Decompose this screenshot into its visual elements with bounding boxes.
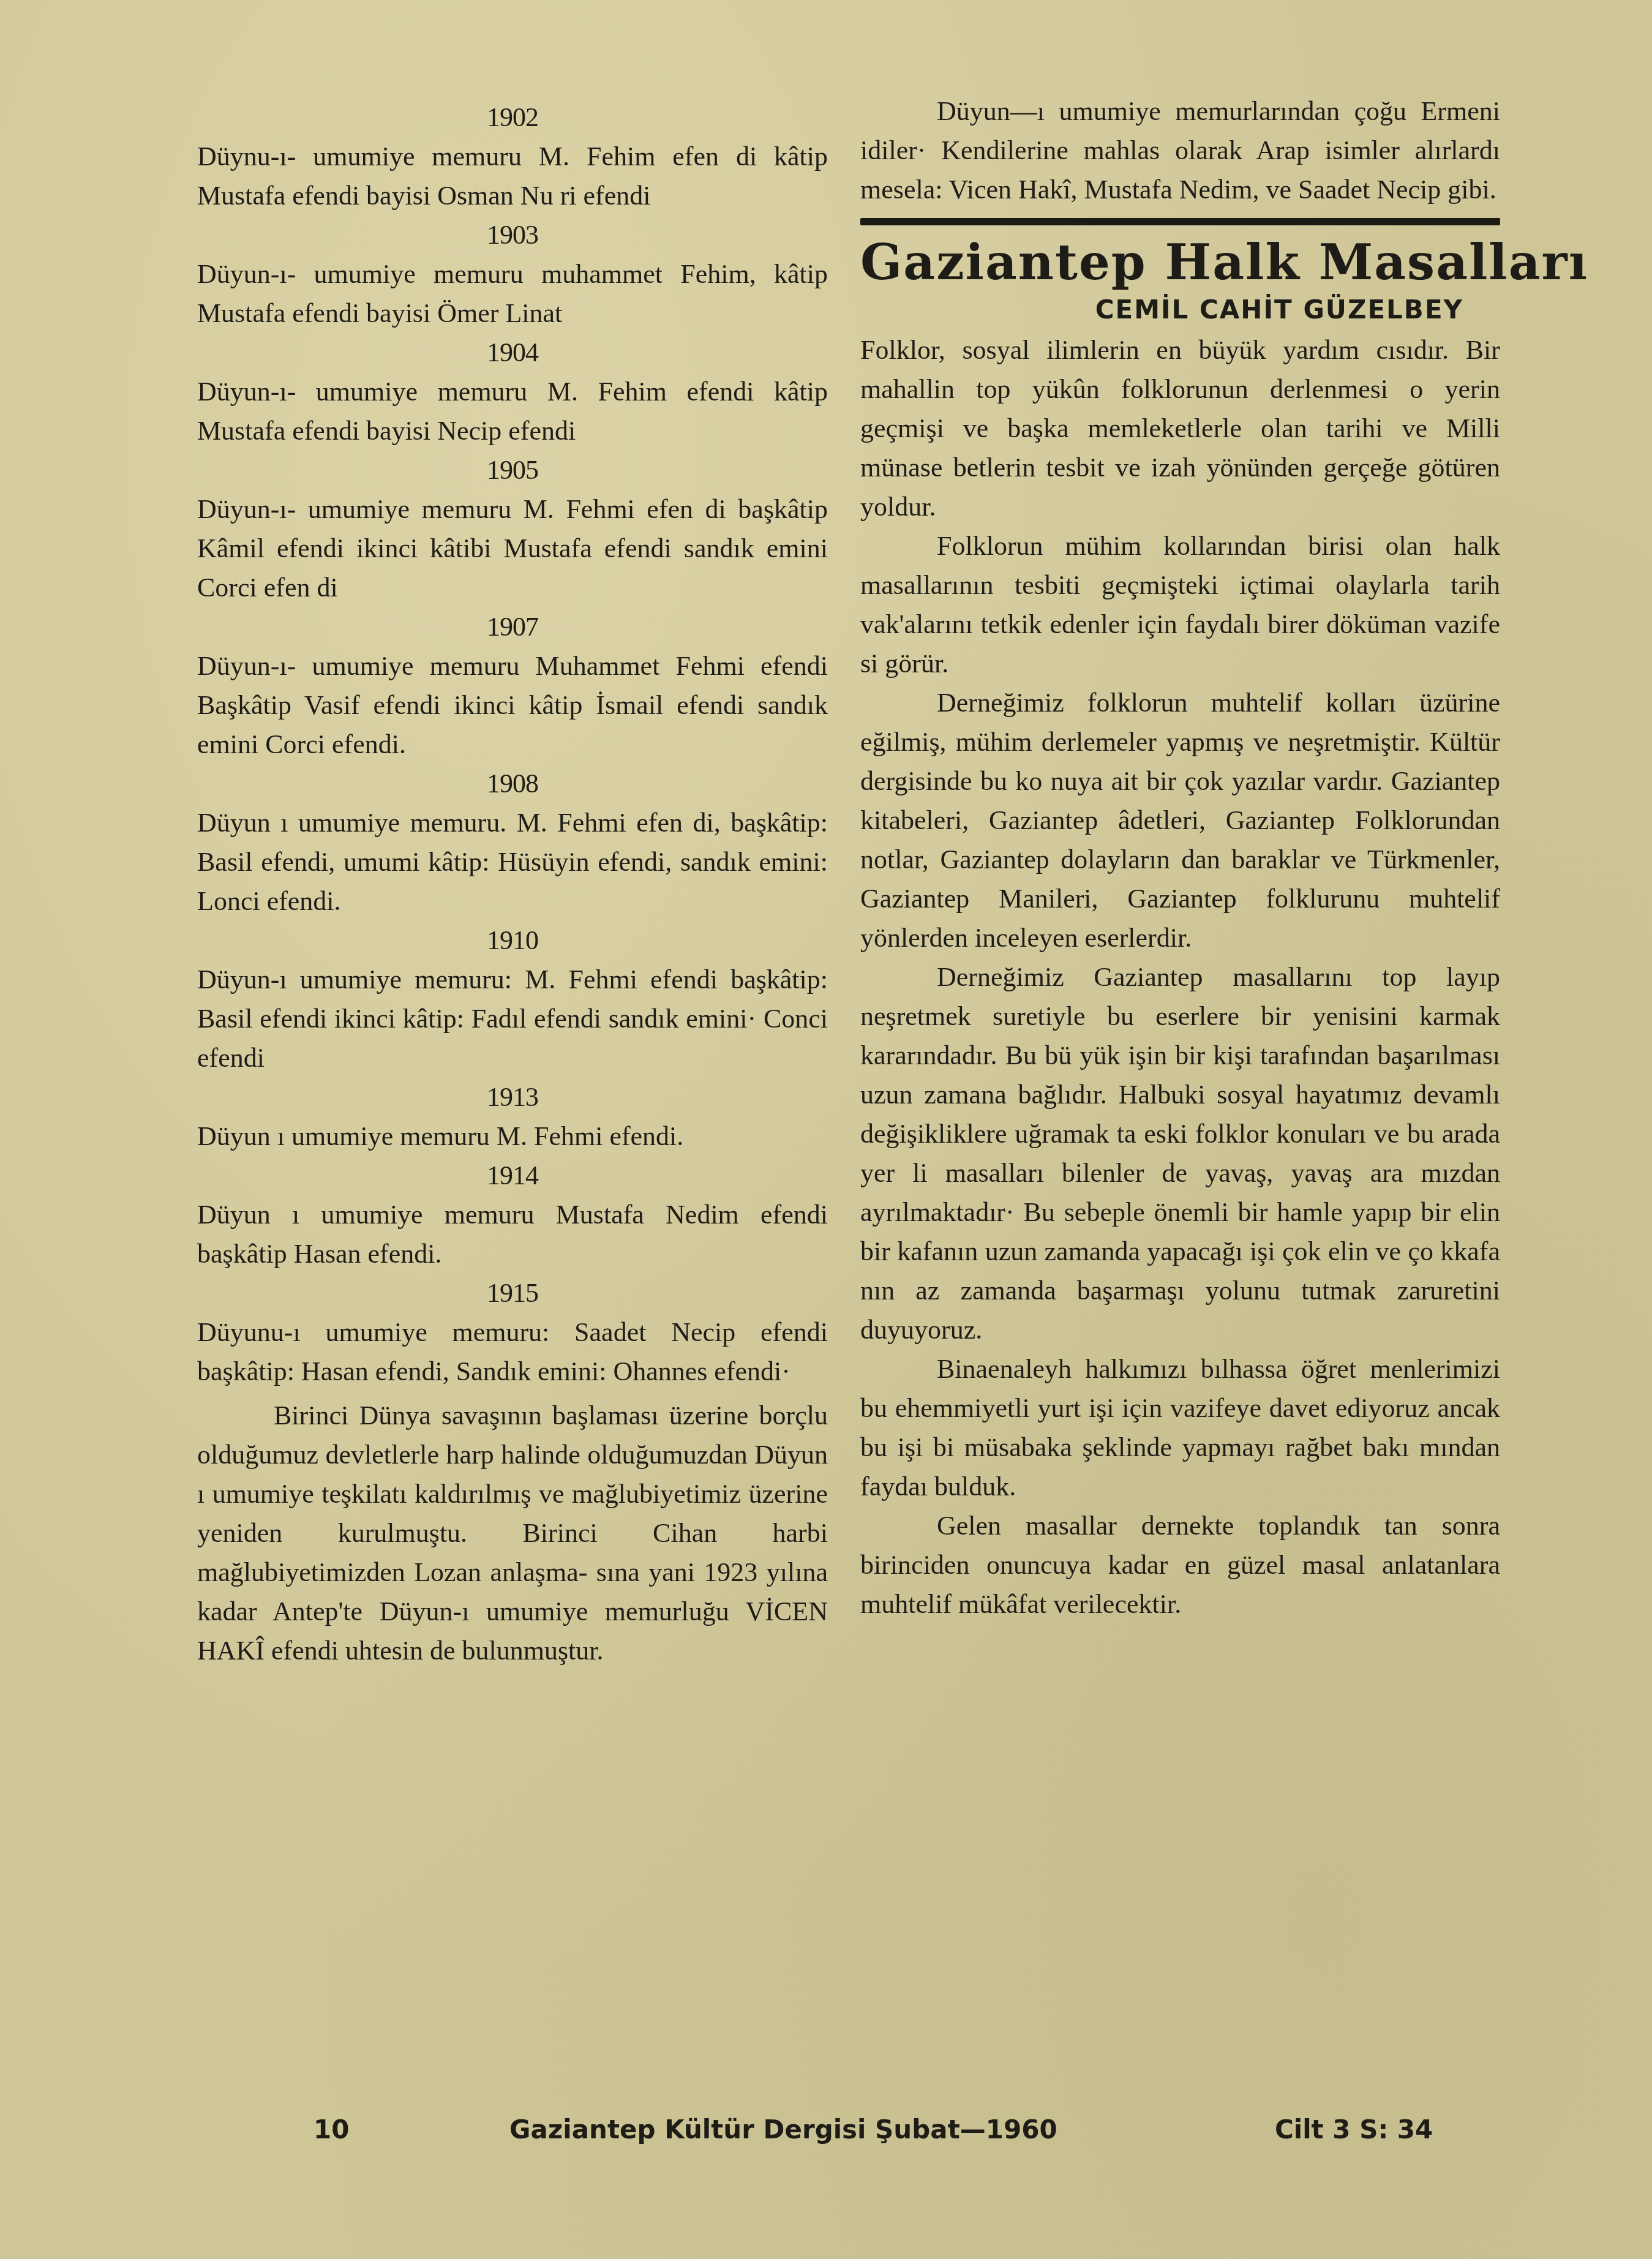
entry-text: Düyun-ı umumiye memuru: M. Fehmi efendi … [197, 960, 828, 1078]
year-heading: 1908 [197, 764, 828, 803]
closing-paragraph: Birinci Dünya savaşının başlaması üzerin… [197, 1396, 828, 1671]
year-heading: 1903 [197, 216, 828, 255]
officials-entry-1915: 1915 Düyunu-ı umumiye memuru: Saadet Nec… [197, 1274, 828, 1391]
year-heading: 1915 [197, 1274, 828, 1313]
article-title: Gaziantep Halk Masalları [860, 233, 1500, 291]
article-paragraph: Folklor, sosyal ilimlerin en büyük yardı… [860, 331, 1500, 527]
year-heading: 1905 [197, 451, 828, 490]
continuation-paragraph: Düyun—ı umumiye memurlarından çoğu Ermen… [860, 92, 1500, 209]
entry-text: Düyun ı umumiye memuru M. Fehmi efendi. [197, 1117, 828, 1156]
article-paragraph: Binaenaleyh halkımızı bılhassa öğret men… [860, 1350, 1500, 1506]
article-author: CEMİL CAHİT GÜZELBEY [860, 291, 1500, 328]
entry-text: Düyun-ı- umumiye memuru M. Fehim efendi … [197, 372, 828, 451]
year-heading: 1913 [197, 1078, 828, 1117]
issue-number: Cilt 3 S: 34 [1275, 2111, 1433, 2148]
entry-text: Düyun-ı- umumiye memuru M. Fehmi efen di… [197, 490, 828, 607]
officials-entry-1910: 1910 Düyun-ı umumiye memuru: M. Fehmi ef… [197, 921, 828, 1078]
officials-entry-1914: 1914 Düyun ı umumiye memuru Mustafa Nedi… [197, 1156, 828, 1274]
article-paragraph: Derneğimiz Gaziantep masallarını top lay… [860, 958, 1500, 1350]
spacer [197, 1391, 828, 1396]
entry-text: Düynu-ı- umumiye memuru M. Fehim efen di… [197, 137, 828, 216]
entry-text: Düyun-ı- umumiye memuru Muhammet Fehmi e… [197, 647, 828, 764]
publication-name: Gaziantep Kültür Dergisi Şubat—1960 [509, 2111, 1057, 2148]
officials-entry-1903: 1903 Düyun-ı- umumiye memuru muhammet Fe… [197, 216, 828, 333]
year-heading: 1914 [197, 1156, 828, 1195]
article-paragraph: Derneğimiz folklorun muhtelif kolları üz… [860, 683, 1500, 958]
year-heading: 1904 [197, 333, 828, 372]
right-column: Düyun—ı umumiye memurlarından çoğu Ermen… [860, 92, 1500, 1624]
officials-entry-1908: 1908 Düyun ı umumiye memuru. M. Fehmi ef… [197, 764, 828, 921]
entry-text: Düyunu-ı umumiye memuru: Saadet Necip ef… [197, 1313, 828, 1391]
page-number: 10 [314, 2111, 349, 2148]
section-divider [860, 218, 1500, 225]
year-heading: 1902 [197, 98, 828, 137]
year-heading: 1910 [197, 921, 828, 960]
officials-entry-1904: 1904 Düyun-ı- umumiye memuru M. Fehim ef… [197, 333, 828, 451]
page-footer: 10 Gaziantep Kültür Dergisi Şubat—1960 C… [0, 2111, 1652, 2148]
entry-text: Düyun ı umumiye memuru Mustafa Nedim efe… [197, 1195, 828, 1274]
year-heading: 1907 [197, 607, 828, 647]
left-column: 1902 Düynu-ı- umumiye memuru M. Fehim ef… [197, 98, 828, 1671]
entry-text: Düyun ı umumiye memuru. M. Fehmi efen di… [197, 803, 828, 921]
article-paragraph: Gelen masallar dernekte toplandık tan so… [860, 1506, 1500, 1624]
officials-entry-1913: 1913 Düyun ı umumiye memuru M. Fehmi efe… [197, 1078, 828, 1156]
entry-text: Düyun-ı- umumiye memuru muhammet Fehim, … [197, 255, 828, 333]
officials-entry-1902: 1902 Düynu-ı- umumiye memuru M. Fehim ef… [197, 98, 828, 216]
article-paragraph: Folklorun mühim kollarından birisi olan … [860, 527, 1500, 683]
officials-entry-1907: 1907 Düyun-ı- umumiye memuru Muhammet Fe… [197, 607, 828, 764]
officials-entry-1905: 1905 Düyun-ı- umumiye memuru M. Fehmi ef… [197, 451, 828, 607]
